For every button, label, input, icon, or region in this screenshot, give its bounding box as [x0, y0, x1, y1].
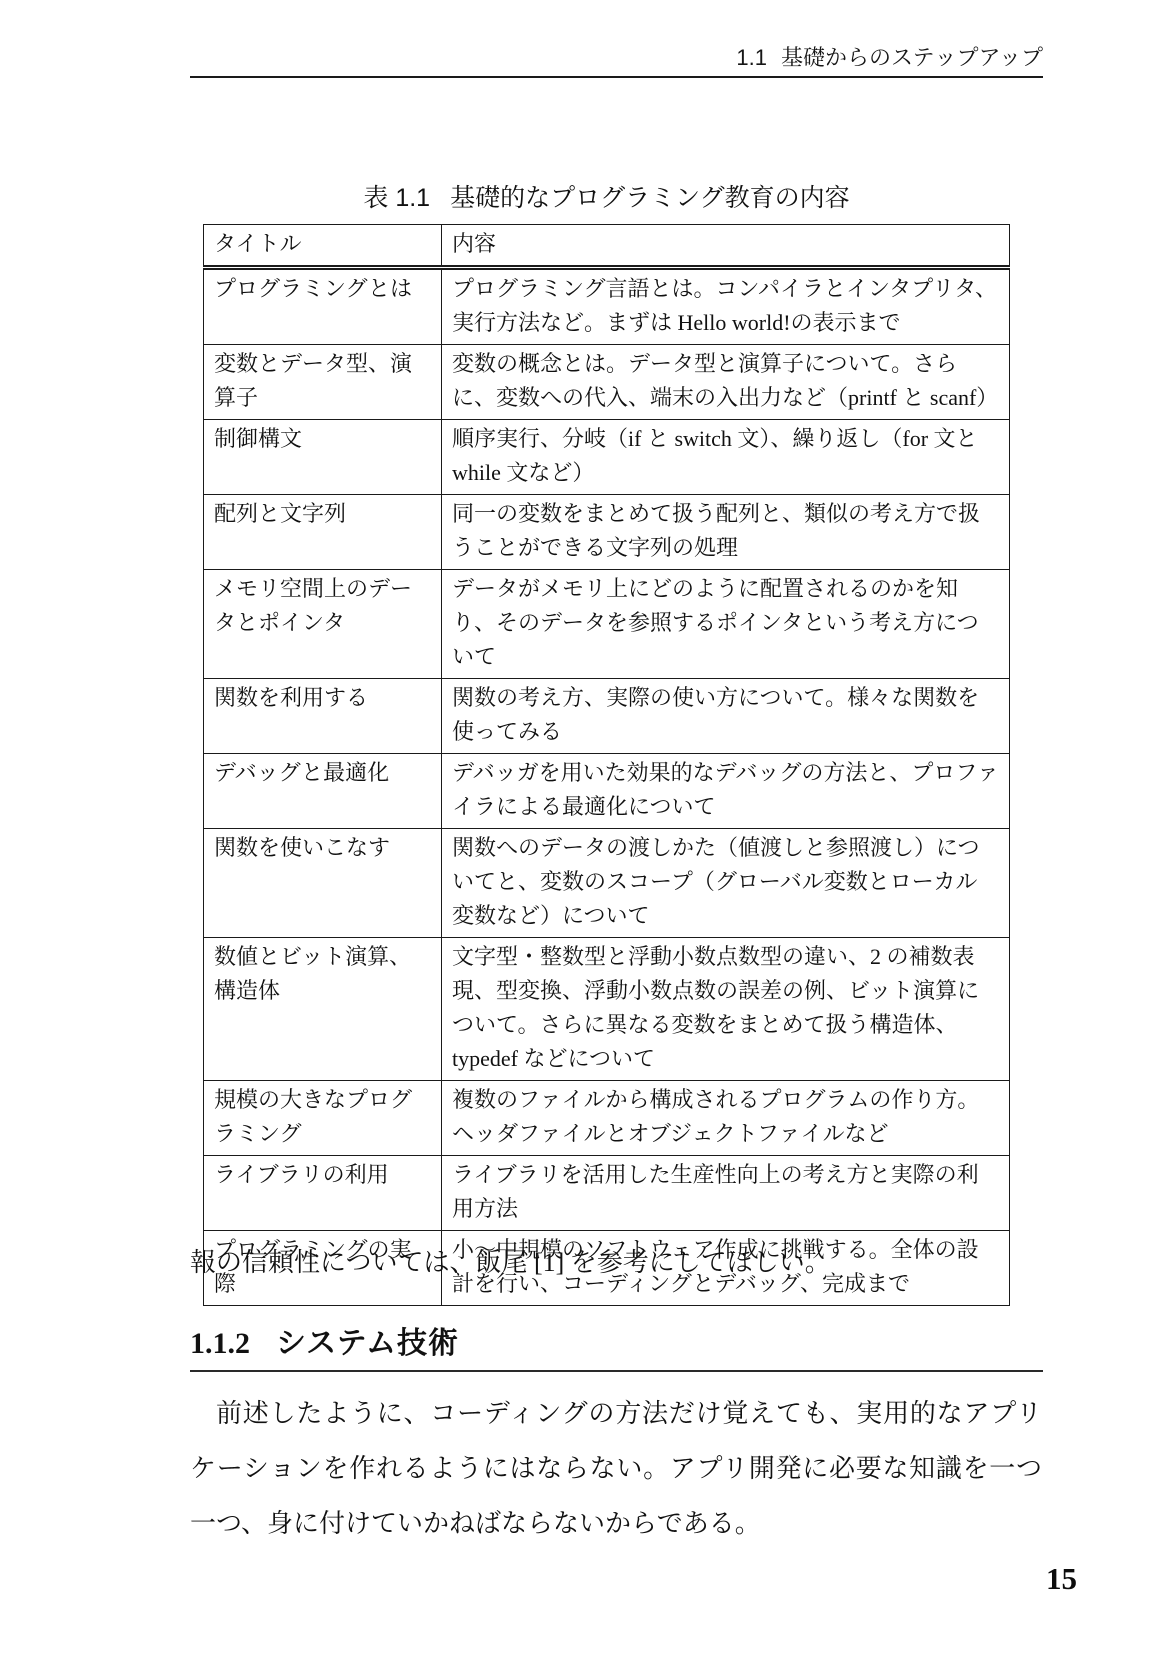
row-title-cell: 変数とデータ型、演算子: [204, 345, 442, 420]
table-header-row: タイトル 内容: [204, 225, 1010, 268]
table-caption: 表 1.1基礎的なプログラミング教育の内容: [203, 183, 1010, 213]
table-row: 規模の大きなプログラミング 複数のファイルから構成されるプログラムの作り方。ヘッ…: [204, 1081, 1010, 1156]
section-heading: 1.1.2システム技術: [190, 1326, 1043, 1372]
column-header-title: タイトル: [204, 225, 442, 268]
row-title-cell: 数値とビット演算、構造体: [204, 938, 442, 1081]
table-row: 制御構文 順序実行、分岐（if と switch 文）、繰り返し（for 文と …: [204, 420, 1010, 495]
row-content-cell: データがメモリ上にどのように配置されるのかを知り、そのデータを参照するポインタと…: [442, 570, 1010, 679]
page-number: 15: [1046, 1562, 1077, 1596]
row-content-cell: 文字型・整数型と浮動小数点数型の違い、2 の補数表現、型変換、浮動小数点数の誤差…: [442, 938, 1010, 1081]
row-content-cell: ライブラリを活用した生産性向上の考え方と実際の利用方法: [442, 1156, 1010, 1231]
table-row: ライブラリの利用 ライブラリを活用した生産性向上の考え方と実際の利用方法: [204, 1156, 1010, 1231]
row-title-cell: 関数を利用する: [204, 679, 442, 754]
section-title: システム技術: [276, 1327, 459, 1360]
row-title-cell: デバッグと最適化: [204, 754, 442, 829]
body-paragraph-continuation: 報の信頼性については、飯尾 [1] を参考にしてほしい。: [190, 1245, 1043, 1281]
row-title-cell: 制御構文: [204, 420, 442, 495]
table-row: プログラミングとは プログラミング言語とは。コンパイラとインタプリタ、実行方法な…: [204, 268, 1010, 345]
book-page: 1.1基礎からのステップアップ 表 1.1基礎的なプログラミング教育の内容 タイ…: [0, 0, 1165, 1654]
table-row: メモリ空間上のデータとポインタ データがメモリ上にどのように配置されるのかを知り…: [204, 570, 1010, 679]
row-content-cell: 複数のファイルから構成されるプログラムの作り方。ヘッダファイルとオブジェクトファ…: [442, 1081, 1010, 1156]
column-header-content: 内容: [442, 225, 1010, 268]
body-paragraph: 前述したように、コーディングの方法だけ覚えても、実用的なアプリケーションを作れる…: [190, 1386, 1042, 1551]
table-row: 配列と文字列 同一の変数をまとめて扱う配列と、類似の考え方で扱うことができる文字…: [204, 495, 1010, 570]
row-title-cell: プログラミングとは: [204, 268, 442, 345]
row-content-cell: 関数の考え方、実際の使い方について。様々な関数を使ってみる: [442, 679, 1010, 754]
row-content-cell: プログラミング言語とは。コンパイラとインタプリタ、実行方法など。まずは Hell…: [442, 268, 1010, 345]
row-title-cell: ライブラリの利用: [204, 1156, 442, 1231]
table-row: 数値とビット演算、構造体 文字型・整数型と浮動小数点数型の違い、2 の補数表現、…: [204, 938, 1010, 1081]
running-header-title: 基礎からのステップアップ: [781, 45, 1043, 70]
row-title-cell: 規模の大きなプログラミング: [204, 1081, 442, 1156]
row-title-cell: メモリ空間上のデータとポインタ: [204, 570, 442, 679]
running-header-section-number: 1.1: [736, 45, 767, 70]
table-row: 関数を使いこなす 関数へのデータの渡しかた（値渡しと参照渡し）についてと、変数の…: [204, 829, 1010, 938]
table-caption-label: 表 1.1: [363, 184, 430, 212]
table-caption-text: 基礎的なプログラミング教育の内容: [450, 184, 850, 212]
row-content-cell: 順序実行、分岐（if と switch 文）、繰り返し（for 文と while…: [442, 420, 1010, 495]
section-number: 1.1.2: [190, 1327, 250, 1360]
row-title-cell: 配列と文字列: [204, 495, 442, 570]
row-content-cell: デバッガを用いた効果的なデバッグの方法と、プロファイラによる最適化について: [442, 754, 1010, 829]
education-content-table: タイトル 内容 プログラミングとは プログラミング言語とは。コンパイラとインタプ…: [203, 224, 1010, 1306]
table-row: 変数とデータ型、演算子 変数の概念とは。データ型と演算子について。さらに、変数へ…: [204, 345, 1010, 420]
running-header: 1.1基礎からのステップアップ: [190, 44, 1043, 78]
row-content-cell: 同一の変数をまとめて扱う配列と、類似の考え方で扱うことができる文字列の処理: [442, 495, 1010, 570]
table-row: 関数を利用する 関数の考え方、実際の使い方について。様々な関数を使ってみる: [204, 679, 1010, 754]
row-content-cell: 変数の概念とは。データ型と演算子について。さらに、変数への代入、端末の入出力など…: [442, 345, 1010, 420]
row-title-cell: 関数を使いこなす: [204, 829, 442, 938]
row-content-cell: 関数へのデータの渡しかた（値渡しと参照渡し）についてと、変数のスコープ（グローバ…: [442, 829, 1010, 938]
table-row: デバッグと最適化 デバッガを用いた効果的なデバッグの方法と、プロファイラによる最…: [204, 754, 1010, 829]
